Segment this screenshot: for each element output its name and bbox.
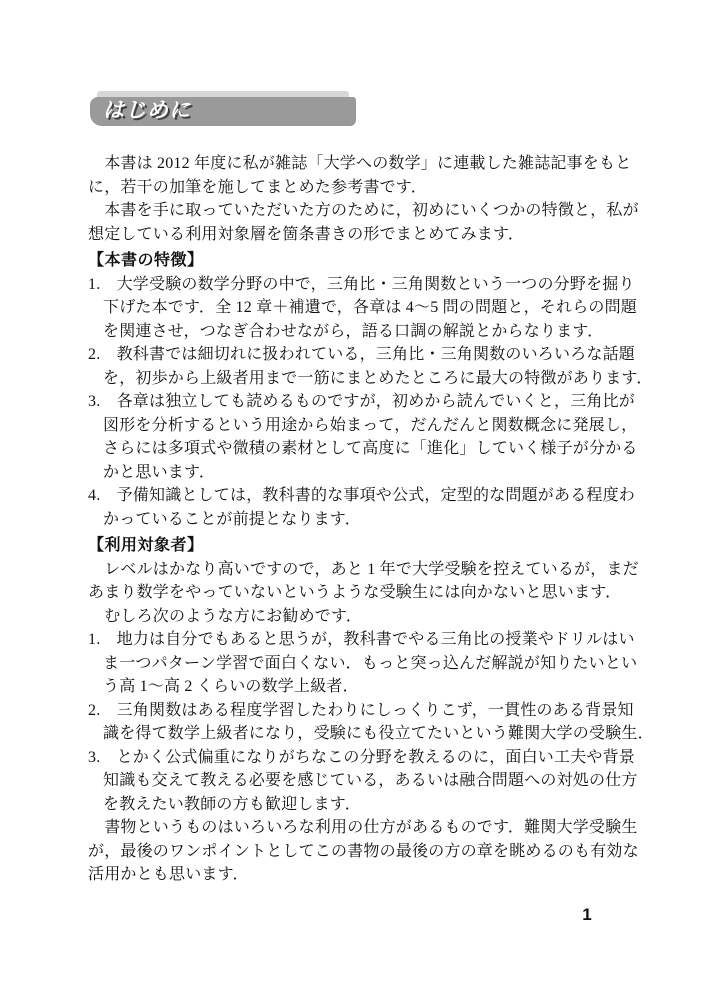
text-line: が，最後のワンポイントとしてこの書物の最後の方の章を眺めるのも有効な bbox=[88, 840, 622, 864]
book-page: はじめに 本書は 2012 年度に私が雑誌「大学への数学」に連載した雑誌記事をも… bbox=[0, 0, 705, 1000]
section-heading-audience: 【利用対象者】 bbox=[88, 534, 622, 558]
section-header: はじめに bbox=[90, 91, 356, 126]
list-item-line: 2. 三角関数はある程度学習したわりにしっくりこず，一貫性のある背景知 bbox=[88, 699, 622, 723]
text-line: う高 1～高 2 くらいの数学上級者． bbox=[88, 675, 622, 699]
list-item-line: 3. 各章は独立しても読めるものですが，初めから読んでいくと，三角比が bbox=[88, 390, 622, 414]
body-text: 本書は 2012 年度に私が雑誌「大学への数学」に連載した雑誌記事をもと に，若… bbox=[88, 152, 622, 887]
text-line: を教えたい教師の方も歓迎します． bbox=[88, 793, 622, 817]
text-line: さらには多項式や微積の素材として高度に「進化」していく様子が分かる bbox=[88, 437, 622, 461]
text-line: 図形を分析するという用途から始まって，だんだんと関数概念に発展し， bbox=[88, 414, 622, 438]
text-line: かと思います． bbox=[88, 461, 622, 485]
section-heading-features: 【本書の特徴】 bbox=[88, 249, 622, 273]
text-line: 識を得て数学上級者になり，受験にも役立てたいという難関大学の受験生． bbox=[88, 722, 622, 746]
text-line: むしろ次のような方にお勧めです． bbox=[88, 605, 622, 629]
text-line: 下げた本です．全 12 章＋補遺で，各章は 4～5 問の問題と，それらの問題 bbox=[88, 296, 622, 320]
text-line: あまり数学をやっていないというような受験生には向かないと思います． bbox=[88, 581, 622, 605]
page-title: はじめに bbox=[103, 100, 191, 123]
text-line: レベルはかなり高いですので，あと 1 年で大学受験を控えているが，まだ bbox=[88, 558, 622, 582]
list-item-line: 2. 教科書では細切れに扱われている，三角比・三角関数のいろいろな話題 bbox=[88, 343, 622, 367]
text-line: を関連させ，つなぎ合わせながら，語る口調の解説とからなります． bbox=[88, 320, 622, 344]
text-line: 知識も交えて教える必要を感じている，あるいは融合問題への対処の仕方 bbox=[88, 769, 622, 793]
text-line: に，若干の加筆を施してまとめた参考書です． bbox=[88, 176, 622, 200]
text-line: 活用かとも思います． bbox=[88, 863, 622, 887]
list-item-line: 1. 大学受験の数学分野の中で，三角比・三角関数という一つの分野を掘り bbox=[88, 273, 622, 297]
text-line: 想定している利用対象層を箇条書きの形でまとめてみます． bbox=[88, 223, 622, 247]
text-line: 書物というものはいろいろな利用の仕方があるものです．難関大学受験生 bbox=[88, 816, 622, 840]
list-item-line: 4. 予備知識としては，教科書的な事項や公式，定型的な問題がある程度わ bbox=[88, 484, 622, 508]
text-line: 本書を手に取っていただいた方のために，初めにいくつかの特徴と，私が bbox=[88, 199, 622, 223]
text-line: ま一つパターン学習で面白くない．もっと突っ込んだ解説が知りたいとい bbox=[88, 652, 622, 676]
header-band: はじめに bbox=[90, 97, 356, 126]
list-item-line: 3. とかく公式偏重になりがちなこの分野を教えるのに，面白い工夫や背景 bbox=[88, 746, 622, 770]
page-number: 1 bbox=[574, 905, 600, 925]
list-item-line: 1. 地力は自分でもあると思うが，教科書でやる三角比の授業やドリルはい bbox=[88, 628, 622, 652]
text-line: 本書は 2012 年度に私が雑誌「大学への数学」に連載した雑誌記事をもと bbox=[88, 152, 622, 176]
text-line: を，初歩から上級者用まで一筋にまとめたところに最大の特徴があります． bbox=[88, 367, 622, 391]
text-line: かっていることが前提となります． bbox=[88, 508, 622, 532]
